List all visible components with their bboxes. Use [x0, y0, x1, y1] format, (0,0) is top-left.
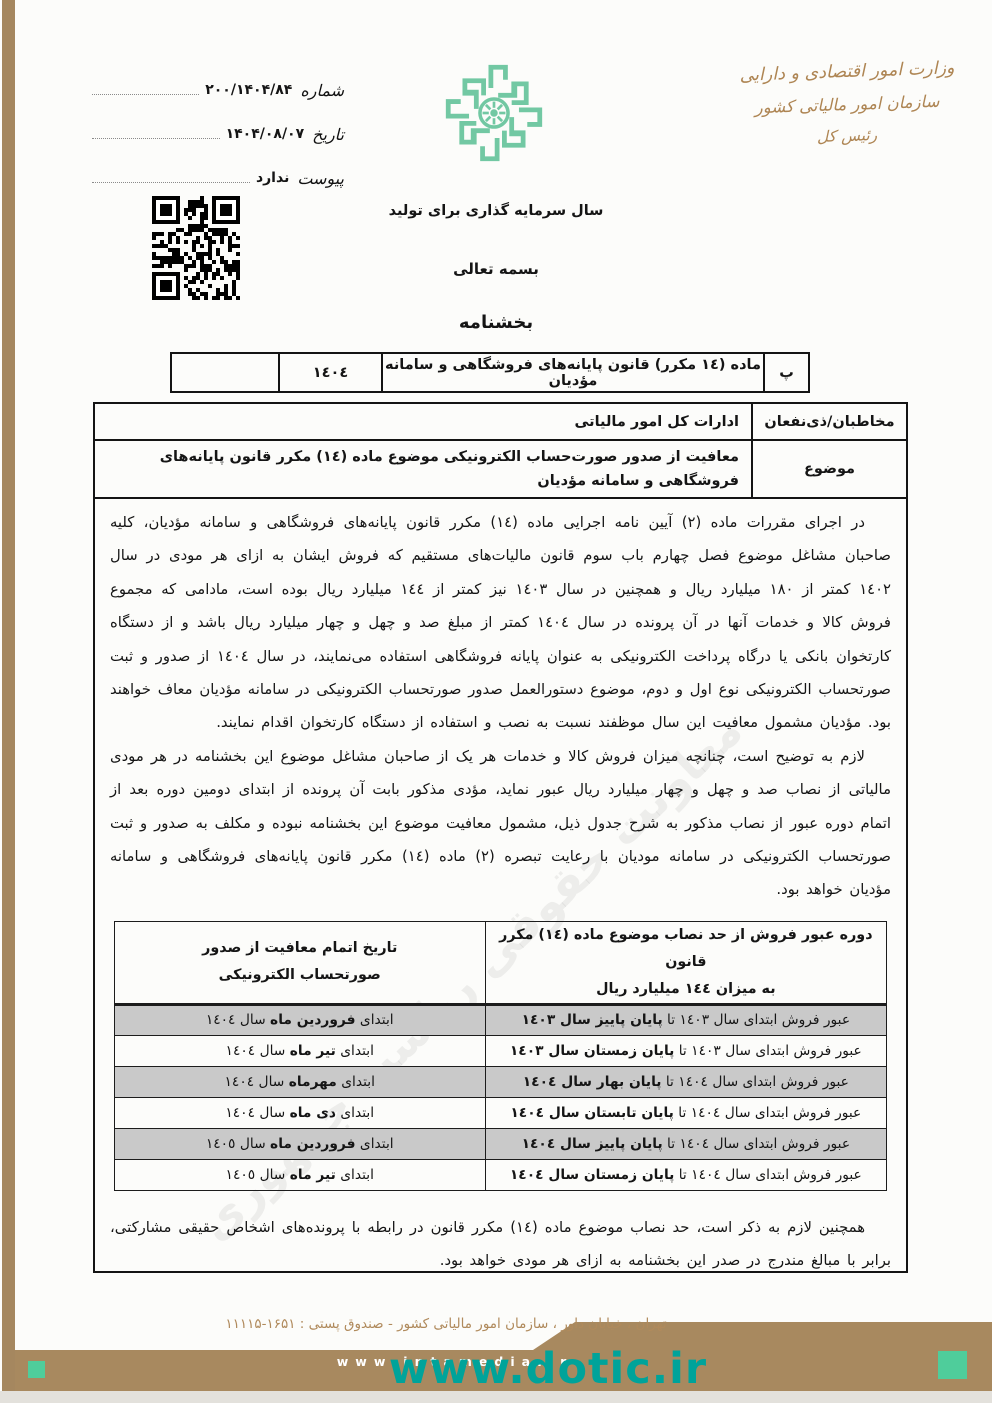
year-slogan: سال سرمایه گذاری برای تولید [0, 203, 992, 219]
attachment-label: پیوست [297, 169, 348, 188]
bulletin-page: معاونت حقوقی ریاست جمهوری وزارت امور اقت… [0, 0, 992, 1403]
date-value: ۱۴۰۴/۰۸/۰۷ [220, 126, 313, 144]
exemption-schedule-table: دوره عبور فروش از حد نصاب موضوع ماده (١٤… [114, 921, 887, 1191]
ministry-name: وزارت امور اقتصادی و دارایی [716, 57, 979, 86]
date-cell: ابتدای مهرماه سال ١٤٠٤ [114, 1066, 485, 1097]
period-cell: عبور فروش ابتدای سال ١٤٠٤ تا پایان زمستا… [485, 1159, 887, 1190]
tax-organization-logo-icon [442, 60, 546, 166]
table-row: عبور فروش ابتدای سال ١٤٠٤ تا پایان پاییز… [114, 1128, 886, 1159]
date-cell: ابتدای تیر ماه سال ١٤٠٥ [114, 1159, 485, 1190]
date-header-line1: تاریخ اتمام معافیت از صدور [115, 935, 485, 962]
dotted-leader [92, 94, 199, 95]
period-header-line2: به میزان ١٤٤ میلیارد ریال [486, 976, 887, 1003]
attachment-value: ندارد [250, 170, 297, 188]
document-type-title: بخشنامه [0, 312, 992, 333]
classification-table: پ ماده (١٤ مکرر) قانون پایانه‌های فروشگا… [170, 352, 810, 393]
green-square-left-icon [28, 1361, 45, 1378]
period-cell: عبور فروش ابتدای سال ١٤٠٤ تا پایان بهار … [485, 1066, 887, 1097]
green-square-right-icon [938, 1351, 967, 1379]
dotic-watermark: www.dotic.ir [378, 1344, 718, 1394]
date-cell: ابتدای دی ماه سال ١٤٠٤ [114, 1097, 485, 1128]
date-cell: ابتدای فروردین ماه سال ١٤٠٥ [114, 1128, 485, 1159]
closing-note: همچنین لازم به ذکر است، حد نصاب موضوع ما… [110, 1211, 891, 1278]
period-cell: عبور فروش ابتدای سال ١٤٠٣ تا پایان پاییز… [485, 1004, 887, 1035]
dotted-leader [92, 138, 220, 139]
subject-label: موضوع [752, 440, 907, 498]
period-header-line1: دوره عبور فروش از حد نصاب موضوع ماده (١٤… [486, 922, 887, 976]
table-row: عبور فروش ابتدای سال ١٤٠٤ تا پایان زمستا… [114, 1159, 886, 1190]
bismillah: بسمه تعالی [0, 260, 992, 278]
letterhead-calligraphy: وزارت امور اقتصادی و دارایی سازمان امور … [716, 62, 978, 145]
table-header-row: دوره عبور فروش از حد نصاب موضوع ماده (١٤… [114, 921, 886, 1004]
class-year-cell: ١٤٠٤ [279, 353, 382, 392]
audience-value: ادارات کل امور مالیاتی [94, 403, 752, 440]
table-row: عبور فروش ابتدای سال ١٤٠٣ تا پایان پاییز… [114, 1004, 886, 1035]
table-row: مخاطبان/ذی‌نفعان ادارات کل امور مالیاتی [94, 403, 907, 440]
date-label: تاریخ [312, 125, 348, 144]
date-cell: ابتدای تیر ماه سال ١٤٠٤ [114, 1035, 485, 1066]
table-row: پ ماده (١٤ مکرر) قانون پایانه‌های فروشگا… [171, 353, 809, 392]
subject-value: معافیت از صدور صورت‌حساب الکترونیکی موضو… [94, 440, 752, 498]
date-row: تاریخ ۱۴۰۴/۰۸/۰۷ [92, 114, 348, 144]
number-value: ۲۰۰/۱۴۰۴/۸۴ [199, 82, 300, 100]
number-row: شماره ۲۰۰/۱۴۰۴/۸۴ [92, 70, 348, 100]
body-paragraph-2: لازم به توضیح است، چنانچه میزان فروش کال… [110, 740, 891, 907]
class-empty-cell [171, 353, 279, 392]
table-row: موضوع معافیت از صدور صورت‌حساب الکترونیک… [94, 440, 907, 498]
attachment-row: پیوست ندارد [92, 158, 348, 188]
period-cell: عبور فروش ابتدای سال ١٤٠٤ تا پایان پاییز… [485, 1128, 887, 1159]
table-row: عبور فروش ابتدای سال ١٤٠٣ تا پایان زمستا… [114, 1035, 886, 1066]
period-cell: عبور فروش ابتدای سال ١٤٠٣ تا پایان زمستا… [485, 1035, 887, 1066]
class-law-cell: ماده (١٤ مکرر) قانون پایانه‌های فروشگاهی… [382, 353, 764, 392]
table-row: عبور فروش ابتدای سال ١٤٠٤ تا پایان تابست… [114, 1097, 886, 1128]
body-paragraph-1: در اجرای مقررات ماده (۲) آیین نامه اجرای… [110, 506, 891, 740]
period-column-header: دوره عبور فروش از حد نصاب موضوع ماده (١٤… [485, 921, 887, 1004]
number-label: شماره [300, 81, 348, 100]
dotted-leader [92, 182, 250, 183]
period-cell: عبور فروش ابتدای سال ١٤٠٤ تا پایان تابست… [485, 1097, 887, 1128]
class-code-cell: پ [764, 353, 809, 392]
signer-role: رئیس کل [716, 122, 978, 149]
organization-name: سازمان امور مالیاتی کشور [716, 90, 979, 118]
date-header-line2: صورتحساب الکترونیکی [115, 962, 485, 989]
footer-address: تهران ، خیابان داور ، سازمان امور مالیات… [96, 1316, 796, 1332]
date-cell: ابتدای فروردین ماه سال ١٤٠٤ [114, 1004, 485, 1035]
bulletin-body: در اجرای مقررات ماده (۲) آیین نامه اجرای… [93, 497, 908, 1273]
date-column-header: تاریخ اتمام معافیت از صدور صورتحساب الکت… [114, 921, 485, 1004]
table-row: عبور فروش ابتدای سال ١٤٠٤ تا پایان بهار … [114, 1066, 886, 1097]
audience-label: مخاطبان/ذی‌نفعان [752, 403, 907, 440]
document-meta-block: شماره ۲۰۰/۱۴۰۴/۸۴ تاریخ ۱۴۰۴/۰۸/۰۷ پیوست… [92, 70, 348, 202]
info-table: مخاطبان/ذی‌نفعان ادارات کل امور مالیاتی … [93, 402, 908, 499]
